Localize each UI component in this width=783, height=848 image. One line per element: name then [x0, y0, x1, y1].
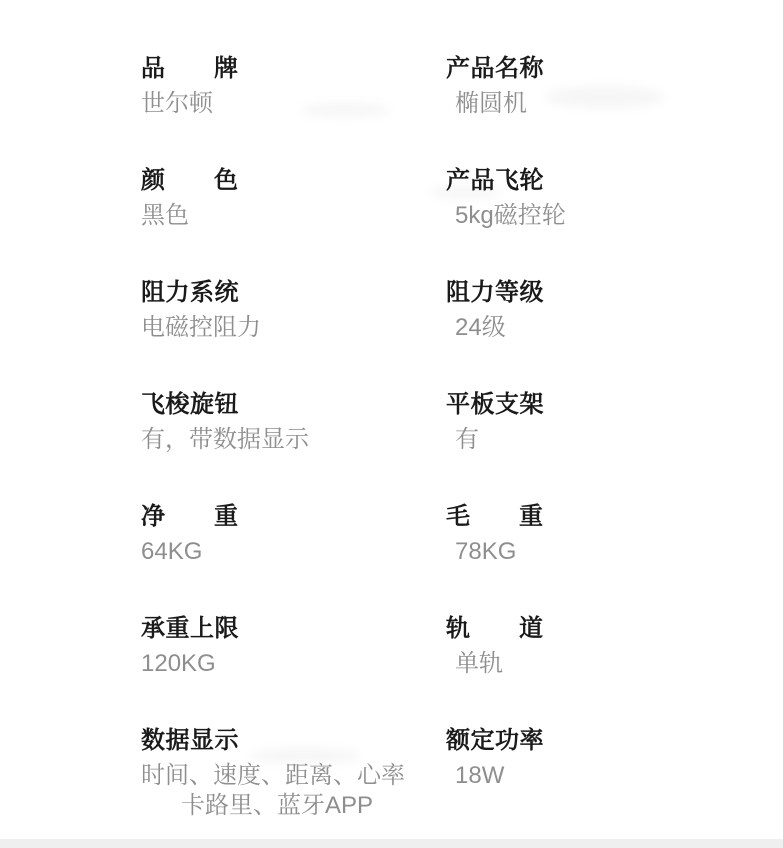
spec-label-color: 颜色: [141, 168, 238, 194]
spec-value-resistance-level: 24级: [446, 313, 783, 343]
spec-item-resistance-system: 阻力系统 电磁控阻力: [141, 280, 446, 343]
spec-value-resistance-system: 电磁控阻力: [141, 313, 446, 343]
spec-row-1: 品牌 世尔顿 产品名称 椭圆机: [0, 56, 783, 168]
spec-row-3: 阻力系统 电磁控阻力 阻力等级 24级: [0, 280, 783, 392]
spec-value-flywheel: 5kg磁控轮: [446, 201, 783, 231]
spec-value-color: 黑色: [141, 201, 446, 231]
spec-item-tablet-holder: 平板支架 有: [446, 392, 783, 455]
spec-item-track: 轨道 单轨: [446, 616, 783, 679]
spec-item-resistance-level: 阻力等级 24级: [446, 280, 783, 343]
spec-label-gross-weight: 毛重: [446, 504, 543, 530]
spec-item-brand: 品牌 世尔顿: [141, 56, 446, 119]
spec-value-dial-knob: 有，带数据显示: [141, 425, 446, 455]
spec-row-7: 数据显示 时间、速度、距离、心率 卡路里、蓝牙APP 额定功率 18W: [0, 728, 783, 840]
spec-item-max-load: 承重上限 120KG: [141, 616, 446, 679]
spec-label-tablet-holder: 平板支架: [446, 392, 783, 418]
spec-item-flywheel: 产品飞轮 5kg磁控轮: [446, 168, 783, 231]
product-spec-sheet: 品牌 世尔顿 产品名称 椭圆机 颜色 黑色 产品飞轮 5kg磁控轮 阻力系统 电…: [0, 0, 783, 840]
spec-label-product-name: 产品名称: [446, 56, 783, 82]
spec-label-dial-knob: 飞梭旋钮: [141, 392, 446, 418]
spec-value-tablet-holder: 有: [446, 425, 783, 455]
spec-label-resistance-level: 阻力等级: [446, 280, 783, 306]
spec-item-rated-power: 额定功率 18W: [446, 728, 783, 821]
spec-label-flywheel: 产品飞轮: [446, 168, 783, 194]
spec-value-net-weight: 64KG: [141, 537, 446, 567]
spec-row-4: 飞梭旋钮 有，带数据显示 平板支架 有: [0, 392, 783, 504]
spec-item-dial-knob: 飞梭旋钮 有，带数据显示: [141, 392, 446, 455]
spec-row-2: 颜色 黑色 产品飞轮 5kg磁控轮: [0, 168, 783, 280]
bottom-divider-strip: [0, 839, 783, 848]
spec-value-rated-power: 18W: [446, 761, 783, 791]
spec-label-net-weight: 净重: [141, 504, 238, 530]
spec-label-resistance-system: 阻力系统: [141, 280, 446, 306]
spec-item-product-name: 产品名称 椭圆机: [446, 56, 783, 119]
spec-value-track: 单轨: [446, 649, 783, 679]
spec-item-color: 颜色 黑色: [141, 168, 446, 231]
spec-value-product-name: 椭圆机: [446, 89, 783, 119]
spec-label-data-display: 数据显示: [141, 728, 446, 754]
spec-label-rated-power: 额定功率: [446, 728, 783, 754]
spec-label-track: 轨道: [446, 616, 543, 642]
spec-row-6: 承重上限 120KG 轨道 单轨: [0, 616, 783, 728]
spec-value-gross-weight: 78KG: [446, 537, 783, 567]
spec-item-gross-weight: 毛重 78KG: [446, 504, 783, 567]
spec-value-brand: 世尔顿: [141, 89, 446, 119]
spec-value-data-display-line1: 时间、速度、距离、心率: [141, 761, 446, 791]
spec-item-net-weight: 净重 64KG: [141, 504, 446, 567]
spec-row-5: 净重 64KG 毛重 78KG: [0, 504, 783, 616]
spec-value-data-display-line2: 卡路里、蓝牙APP: [141, 791, 446, 821]
spec-label-max-load: 承重上限: [141, 616, 446, 642]
spec-value-max-load: 120KG: [141, 649, 446, 679]
spec-item-data-display: 数据显示 时间、速度、距离、心率 卡路里、蓝牙APP: [141, 728, 446, 821]
spec-label-brand: 品牌: [141, 56, 238, 82]
